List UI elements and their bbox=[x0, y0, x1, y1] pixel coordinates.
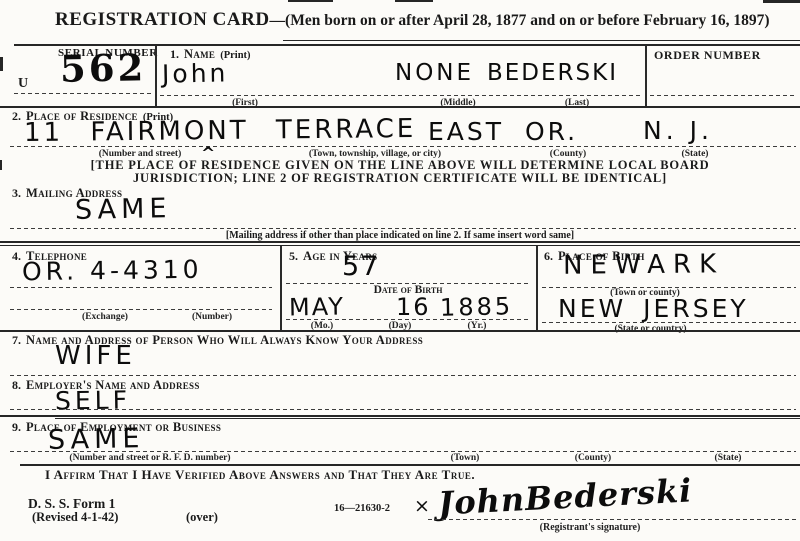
header-rule-upper bbox=[283, 40, 800, 41]
telephone-number-label: (Number) bbox=[162, 312, 262, 322]
divider-serial-name bbox=[155, 45, 157, 106]
telephone-line2 bbox=[10, 309, 272, 310]
serial-number-value: 562 bbox=[60, 49, 147, 87]
over-note: (over) bbox=[186, 510, 218, 525]
divider-name-order bbox=[645, 45, 647, 106]
signature-x-mark: × bbox=[414, 497, 430, 516]
affirmation-text: I Affirm That I Have Verified Above Answ… bbox=[45, 467, 475, 483]
employment-line bbox=[10, 451, 796, 452]
order-number-line bbox=[650, 95, 795, 96]
dob-line bbox=[286, 319, 530, 320]
telephone-exchange-label: (Exchange) bbox=[55, 312, 155, 322]
name-line bbox=[160, 95, 643, 96]
card-header: REGISTRATION CARD —(Men born on or after… bbox=[55, 9, 770, 31]
signature-label: (Registrant's signature) bbox=[500, 522, 680, 533]
employment-value: SAME bbox=[48, 425, 145, 454]
residence-street-value: 11 FAIRMONT TERRACE bbox=[24, 116, 416, 146]
telephone-number-prefix: 4. bbox=[12, 249, 21, 264]
employment-county-label: (County) bbox=[550, 453, 636, 463]
form-revised: (Revised 4-1-42) bbox=[32, 510, 118, 525]
employment-street-label: (Number and street or R. F. D. number) bbox=[40, 453, 260, 463]
residence-state-value: N. J. bbox=[643, 118, 713, 143]
divider-age-birth bbox=[536, 246, 538, 330]
serial-line bbox=[14, 93, 152, 94]
mailing-number: 3. bbox=[12, 186, 21, 201]
row1-bottom-rule bbox=[0, 106, 800, 108]
birth-number-prefix: 6. bbox=[544, 249, 553, 264]
mailing-note: [Mailing address if other than place ind… bbox=[0, 230, 800, 241]
name-last-value: BEDERSKI bbox=[487, 62, 618, 85]
birth-state-label: (State or country) bbox=[588, 324, 713, 334]
registrant-signature: JohnBederski bbox=[437, 471, 693, 522]
contact-number-prefix: 7. bbox=[12, 333, 21, 348]
birth-state-value: NEW JERSEY bbox=[558, 296, 749, 321]
mailing-line bbox=[10, 228, 796, 229]
residence-town-value: EAST OR. bbox=[428, 119, 578, 144]
employer-rule-double bbox=[55, 418, 800, 419]
row4-bottom-rule bbox=[0, 330, 800, 332]
order-number-label: ORDER NUMBER bbox=[654, 48, 761, 63]
mailing-value: SAME bbox=[75, 195, 172, 224]
telephone-value: OR. 4-4310 bbox=[22, 257, 203, 285]
page-subtitle: —(Men born on or after April 28, 1877 an… bbox=[270, 12, 770, 30]
employment-number-prefix: 9. bbox=[12, 420, 21, 435]
signature-line bbox=[428, 519, 796, 520]
birth-town-value: NEWARK bbox=[563, 251, 724, 278]
employer-rule bbox=[0, 415, 800, 417]
dob-month-value: MAY bbox=[289, 295, 345, 320]
board-note-line2: JURISDICTION; LINE 2 OF REGISTRATION CER… bbox=[0, 171, 800, 186]
contact-value: WIFE bbox=[55, 343, 136, 369]
telephone-line1 bbox=[10, 287, 272, 288]
scan-artifact bbox=[288, 0, 333, 2]
name-middle-value: NONE bbox=[395, 62, 474, 85]
registration-card: REGISTRATION CARD —(Men born on or after… bbox=[0, 0, 800, 541]
dob-year-value: 1885 bbox=[440, 294, 514, 320]
mailing-double-rule-top bbox=[0, 241, 800, 243]
serial-prefix: U bbox=[18, 76, 28, 92]
employment-state-label: (State) bbox=[688, 453, 768, 463]
name-first-value: John bbox=[162, 60, 229, 86]
residence-line bbox=[10, 146, 796, 147]
birth-state-line bbox=[542, 322, 796, 323]
scan-artifact bbox=[0, 57, 3, 71]
divider-telephone-age bbox=[280, 246, 282, 330]
print-code: 16—21630-2 bbox=[334, 503, 390, 514]
scan-artifact bbox=[395, 0, 433, 2]
mailing-double-rule-bottom bbox=[0, 245, 800, 246]
employment-bottom-rule bbox=[20, 464, 800, 466]
scan-artifact bbox=[763, 0, 800, 3]
employer-line bbox=[10, 409, 796, 410]
page-title: REGISTRATION CARD bbox=[55, 9, 270, 31]
age-value: 57 bbox=[342, 253, 380, 280]
contact-line bbox=[10, 375, 796, 376]
age-number-prefix: 5. bbox=[289, 249, 298, 264]
residence-number: 2. bbox=[12, 109, 21, 124]
employer-number-prefix: 8. bbox=[12, 378, 21, 393]
employment-town-label: (Town) bbox=[425, 453, 505, 463]
dob-day-value: 16 bbox=[396, 295, 431, 319]
